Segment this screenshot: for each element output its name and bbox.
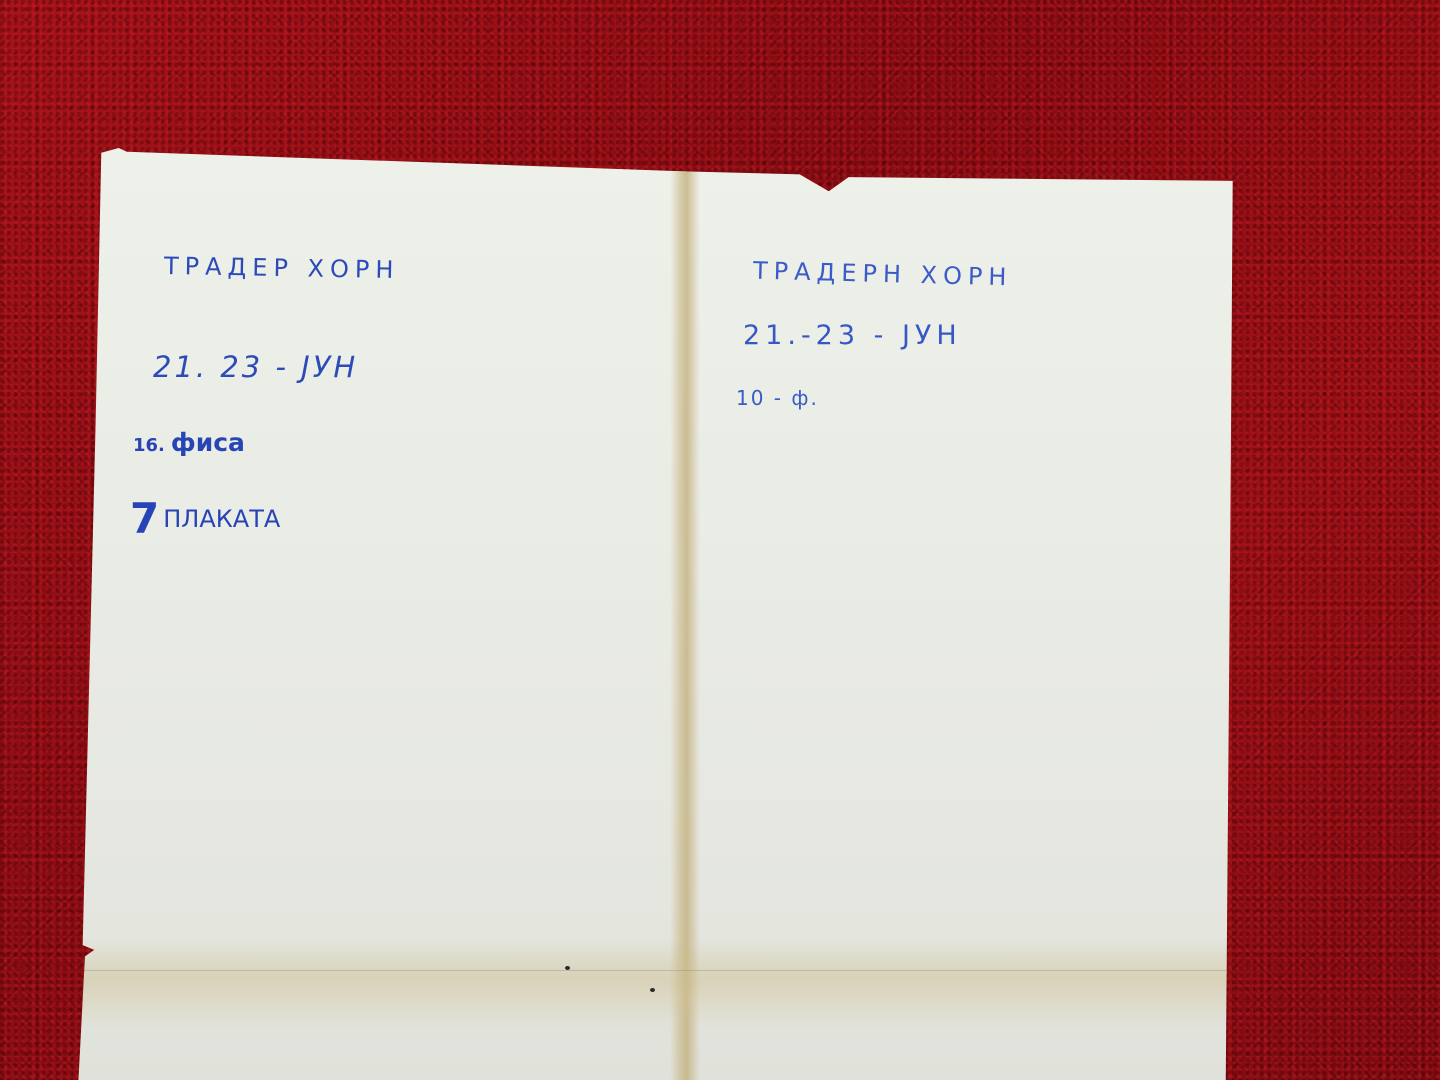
pin-hole <box>650 988 655 992</box>
left-date-note: 21. 23 - ЈУН <box>153 350 358 384</box>
poster-sheet: ТРАДЕР ХОРН 21. 23 - ЈУН 16.фиса 7ПЛАКАТ… <box>78 148 1242 1080</box>
left-count-2-text: ПЛАКАТА <box>163 505 280 533</box>
left-title-note: ТРАДЕР ХОРН <box>164 252 400 284</box>
left-count-1-number: 16. <box>133 435 165 456</box>
left-count-note-1: 16.фиса <box>133 428 245 457</box>
right-count-note: 10 - ф. <box>736 386 819 410</box>
right-date-note: 21.-23 - ЈУН <box>743 320 962 351</box>
pin-hole <box>565 966 570 970</box>
horizontal-fold-stain <box>78 938 1242 1028</box>
left-count-2-number: 7 <box>130 494 159 543</box>
left-count-note-2: 7ПЛАКАТА <box>130 494 280 543</box>
right-title-note: ТРАДЕРН ХОРН <box>753 257 1013 292</box>
horizontal-fold-crease <box>78 970 1242 971</box>
left-count-1-text: фиса <box>171 428 245 457</box>
